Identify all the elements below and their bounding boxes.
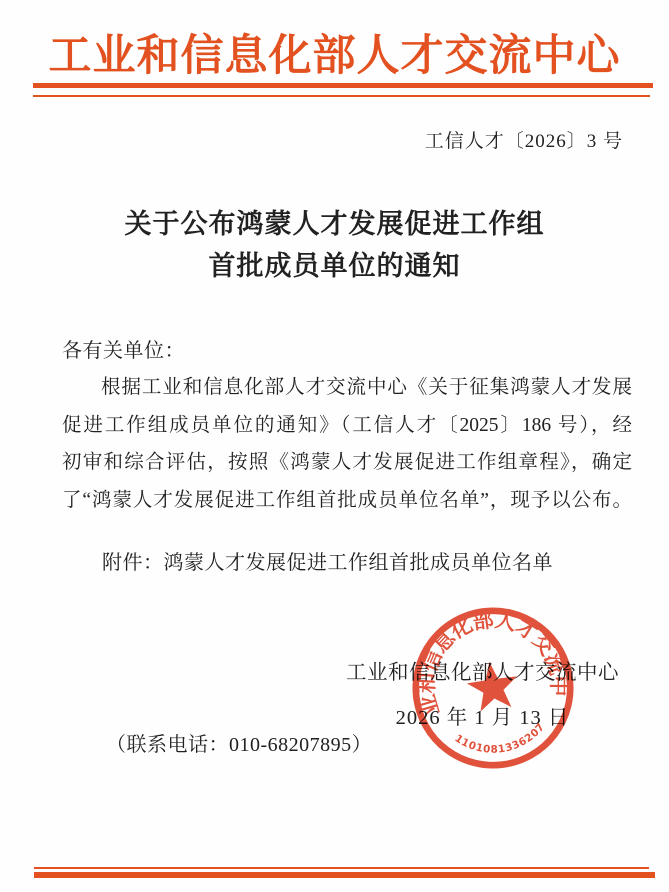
- header-separator-thick: [33, 83, 653, 88]
- footer-separator-thin: [34, 867, 649, 869]
- signature-date: 2026 年 1 月 13 日: [346, 700, 619, 730]
- body-line: 初审和综合评估，按照《鸿蒙人才发展促进工作组章程》，确定: [62, 444, 632, 482]
- salutation: 各有关单位：: [62, 334, 185, 363]
- signature-org-name: 工业和信息化部人才交流中心: [346, 655, 619, 685]
- signature-block: 工业和信息化部人才交流中心 2026 年 1 月 13 日: [346, 655, 619, 730]
- footer-separator-thick: [34, 872, 655, 878]
- contact-phone: （联系电话：010-68207895）: [106, 728, 372, 757]
- body-line: 了“鸿蒙人才发展促进工作组首批成员单位名单”，现予以公布。: [62, 482, 632, 520]
- letterhead-title: 工业和信息化部人才交流中心: [0, 22, 669, 83]
- document-page: 工业和信息化部人才交流中心 工信人才〔2026〕3 号 关于公布鸿蒙人才发展促进…: [0, 0, 669, 892]
- body-line: 促进工作组成员单位的通知》（工信人才〔2025〕186 号），经: [62, 407, 632, 445]
- body-paragraph: 根据工业和信息化部人才交流中心《关于征集鸿蒙人才发展 促进工作组成员单位的通知》…: [62, 369, 632, 519]
- document-title: 关于公布鸿蒙人才发展促进工作组 首批成员单位的通知: [0, 203, 669, 287]
- document-title-line1: 关于公布鸿蒙人才发展促进工作组: [0, 203, 669, 245]
- header-separator-thin: [33, 95, 650, 97]
- attachment-line: 附件：鸿蒙人才发展促进工作组首批成员单位名单: [62, 546, 632, 575]
- document-number: 工信人才〔2026〕3 号: [425, 126, 623, 153]
- body-line: 根据工业和信息化部人才交流中心《关于征集鸿蒙人才发展: [62, 369, 632, 407]
- document-title-line2: 首批成员单位的通知: [0, 245, 669, 287]
